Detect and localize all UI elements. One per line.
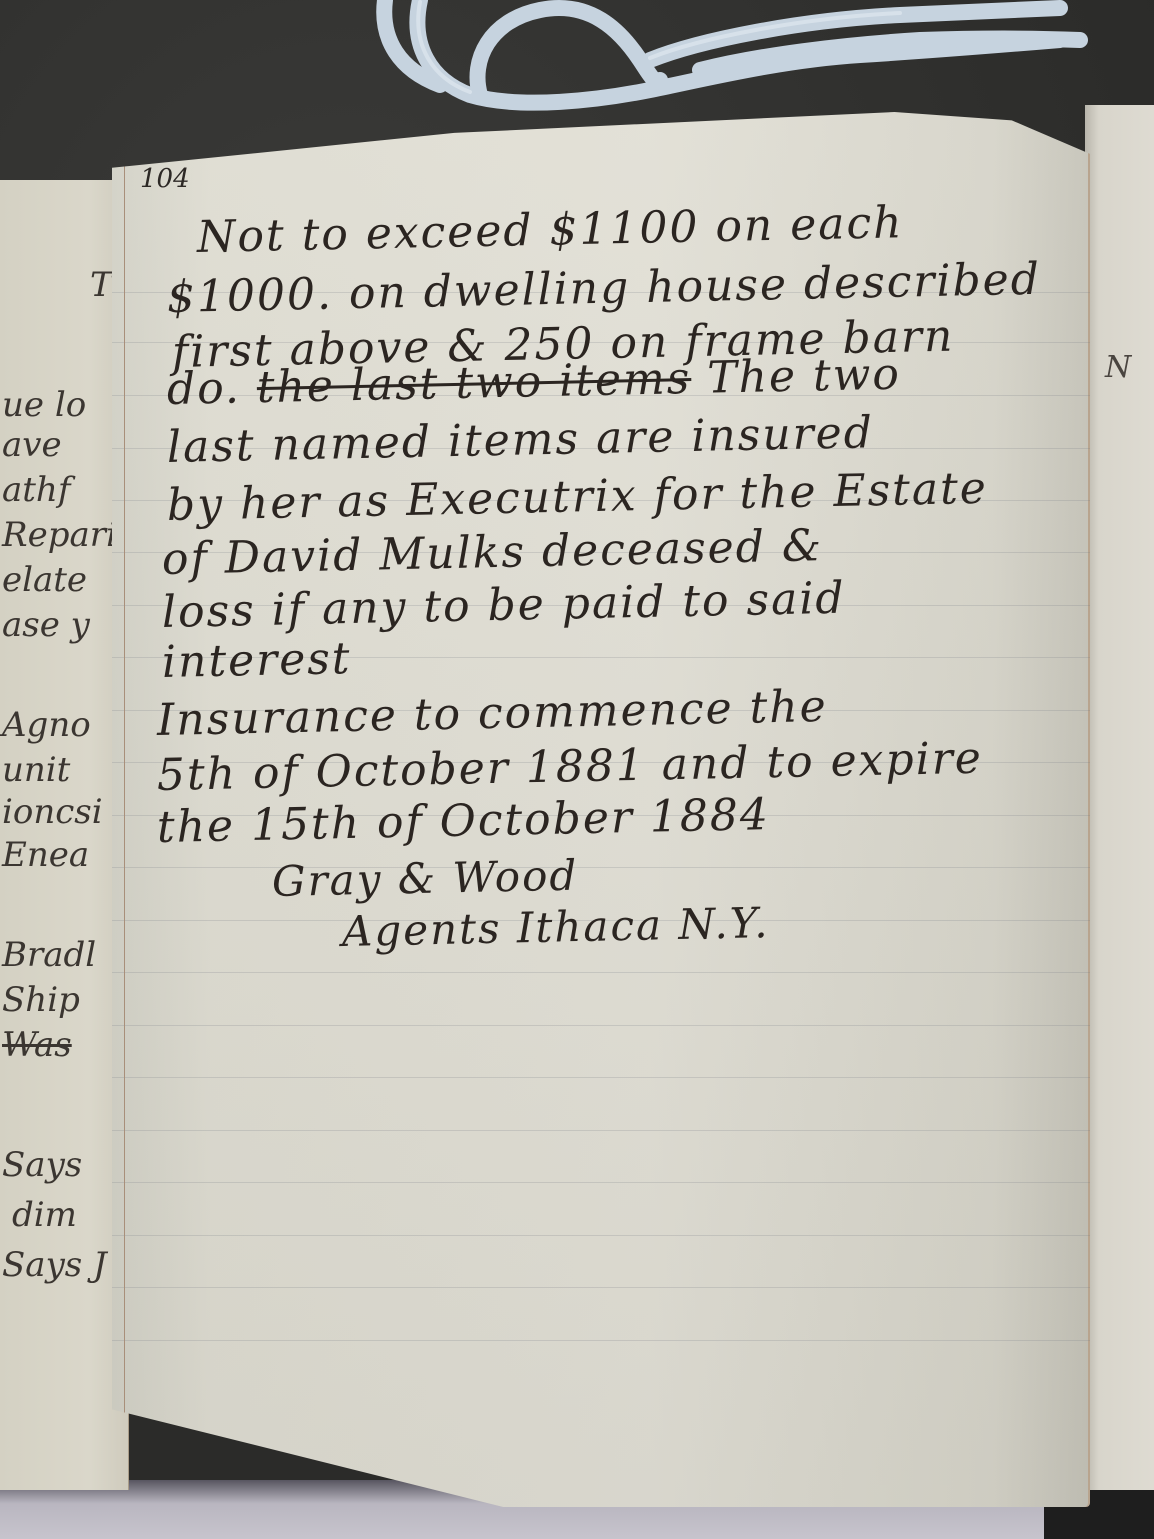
struck-text: the last two items: [256, 353, 691, 413]
left-page-text: athf: [2, 470, 70, 510]
left-page-text: ue lo: [2, 385, 86, 425]
left-page-text: Ship: [2, 980, 80, 1020]
right-page-edge: N: [1085, 105, 1154, 1490]
left-page-text: elate: [2, 560, 87, 600]
left-page-text: Says J: [2, 1245, 107, 1285]
left-page-fragment: T ue lo ave athf Repari elate ase y Agno…: [0, 180, 129, 1490]
ditto-prefix: do.: [166, 362, 241, 415]
left-page-text: dim: [12, 1195, 77, 1235]
blue-cord: [0, 0, 1154, 120]
left-page-text: Repari: [2, 515, 117, 555]
left-page-text: ioncsi: [2, 792, 103, 832]
left-page-text: T: [90, 265, 113, 305]
line-continuation: The two: [707, 349, 902, 404]
left-page-text: ase y: [2, 605, 90, 645]
agent-location: Agents Ithaca N.Y.: [341, 898, 769, 956]
ledger-page: 104 Not to exceed $1100 on each $1000. o…: [112, 112, 1090, 1507]
handwritten-line: Insurance to commence the: [156, 681, 828, 746]
handwritten-line: last named items are insured: [166, 407, 874, 473]
left-page-text: Agno: [2, 705, 91, 745]
margin-line: [124, 152, 125, 1417]
left-page-text: Was: [2, 1025, 72, 1065]
right-page-text: N: [1105, 350, 1131, 385]
left-page-text: Enea: [2, 835, 89, 875]
agent-signature: Gray & Wood: [271, 851, 578, 906]
handwritten-line: interest: [161, 633, 351, 688]
handwritten-line: by her as Executrix for the Estate: [166, 463, 988, 531]
left-page-text: unit: [2, 750, 70, 790]
handwritten-line: Not to exceed $1100 on each: [196, 197, 903, 263]
left-page-text: Says: [2, 1145, 82, 1185]
left-page-text: ave: [2, 425, 62, 465]
left-page-text: Bradl: [2, 935, 96, 975]
page-number: 104: [140, 164, 190, 194]
